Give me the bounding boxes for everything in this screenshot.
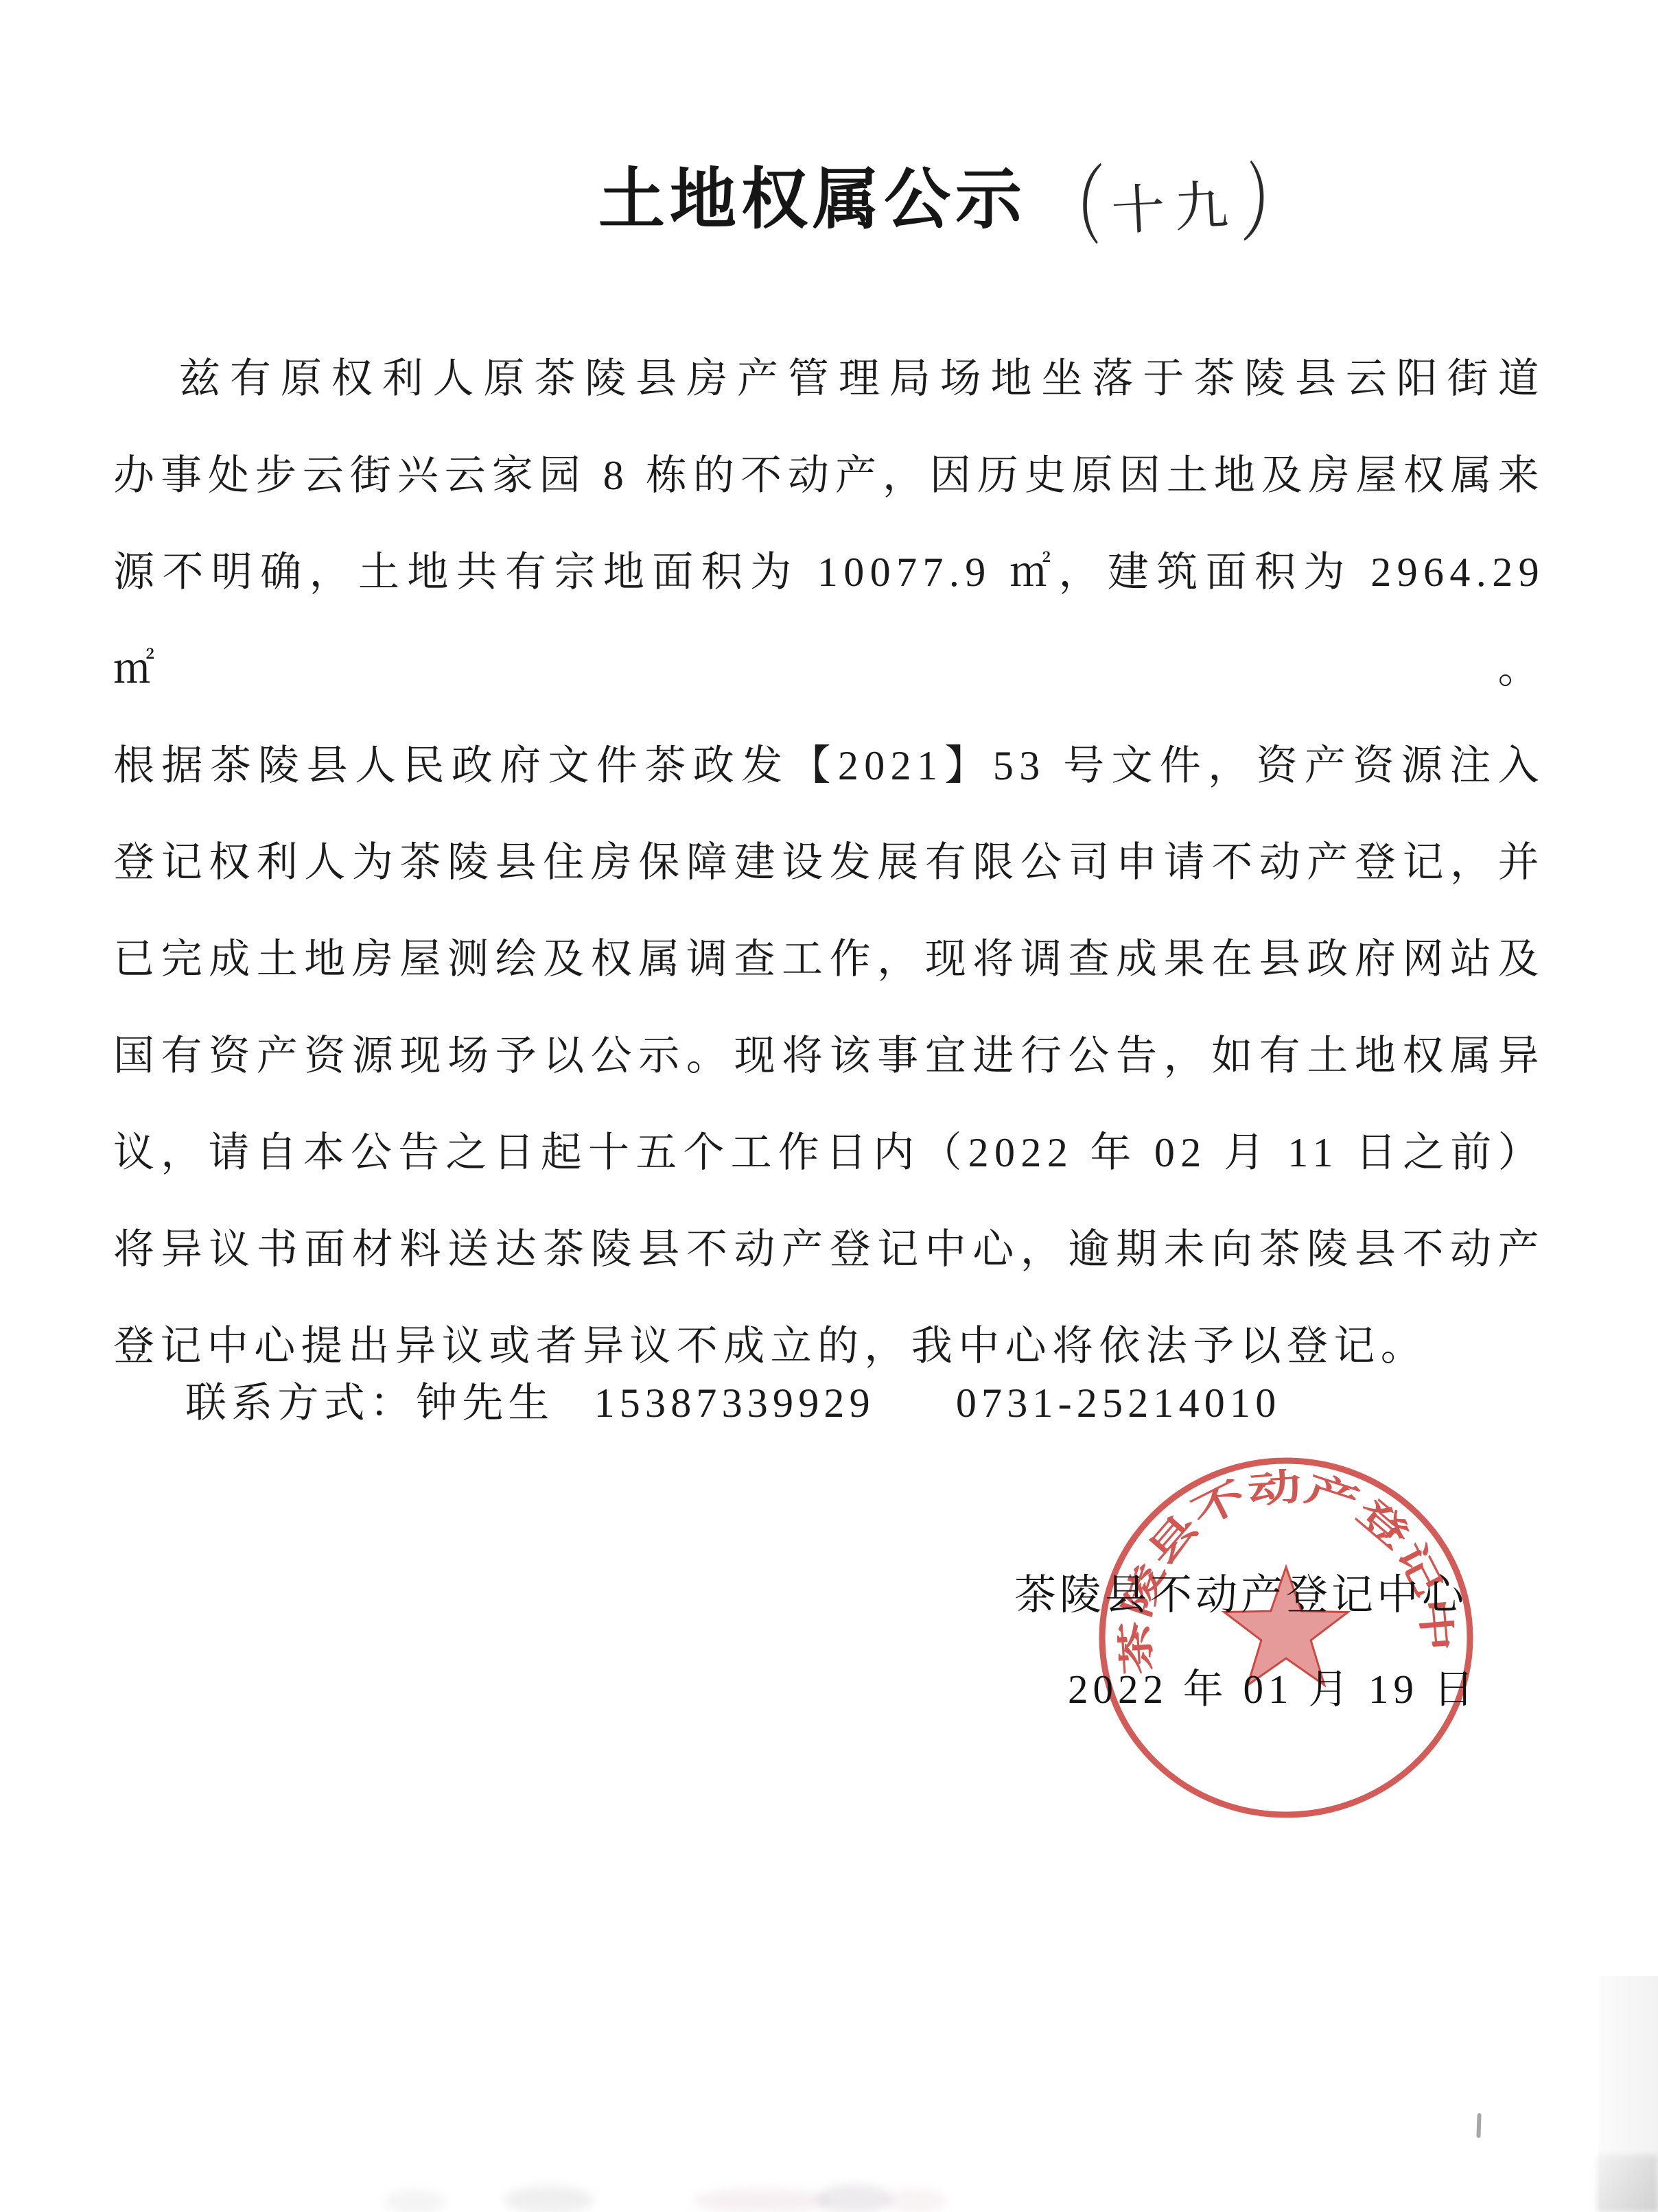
body-line: 登记权利人为茶陵县住房保障建设发展有限公司申请不动产登记，并 xyxy=(113,814,1545,911)
body-line: 兹有原权利人原茶陵县房产管理局场地坐落于茶陵县云阳街道 xyxy=(113,331,1545,427)
handwritten-close-paren: ） xyxy=(1239,134,1306,269)
scan-artifact-smudge xyxy=(504,2186,594,2212)
scan-artifact-smudge xyxy=(693,2189,830,2212)
title-text: 土地权属公示 xyxy=(598,163,1027,237)
scan-artifact-smudge xyxy=(384,2190,446,2212)
handwritten-open-paren: （ xyxy=(1043,132,1106,263)
signature-date: 2022 年 01 月 19 日 xyxy=(1068,1656,1479,1715)
notice-body: 兹有原权利人原茶陵县房产管理局场地坐落于茶陵县云阳街道 办事处步云街兴云家园 8… xyxy=(113,331,1545,1395)
page-title: 土地权属公示（十九） xyxy=(0,145,1658,242)
contact-phone-landline: 0731-25214010 xyxy=(956,1380,1281,1426)
body-line: 国有资产资源现场予以公示。现将该事宜进行公告，如有土地权属异 xyxy=(113,1008,1545,1105)
title-handwritten-number: （十九） xyxy=(1046,145,1301,228)
body-line: 办事处步云街兴云家园 8 栋的不动产，因历史原因土地及房屋权属来 xyxy=(113,427,1545,524)
scan-artifact-dash xyxy=(1476,2113,1481,2138)
body-line: 源不明确，土地共有宗地面积为 10077.9 ㎡，建筑面积为 2964.29 ㎡… xyxy=(113,524,1545,718)
scanned-notice-page: 土地权属公示（十九） 兹有原权利人原茶陵县房产管理局场地坐落于茶陵县云阳街道 办… xyxy=(0,0,1658,2212)
body-line: 已完成土地房屋测绘及权属调查工作，现将调查成果在县政府网站及 xyxy=(113,911,1545,1008)
body-line: 议，请自本公告之日起十五个工作日内（2022 年 02 月 11 日之前） xyxy=(113,1105,1545,1201)
signature-org: 茶陵县不动产登记中心 xyxy=(1014,1562,1467,1621)
contact-person: 钟先生 xyxy=(416,1380,554,1426)
handwritten-number: 十九 xyxy=(1109,162,1239,245)
body-line: 将异议书面材料送达茶陵县不动产登记中心，逾期未向茶陵县不动产 xyxy=(113,1201,1545,1298)
scan-artifact-corner-shadow xyxy=(1596,2154,1658,2212)
body-line: 根据茶陵县人民政府文件茶政发【2021】53 号文件，资产资源注入 xyxy=(113,718,1545,814)
official-seal: 茶陵县不动产登记中心 xyxy=(1086,1445,1486,1831)
scan-artifact-smudge xyxy=(817,2185,892,2212)
scan-artifact-edge-shade xyxy=(1599,1976,1658,2212)
contact-line: 联系方式：钟先生153873399290731-25214010 xyxy=(185,1355,1281,1452)
contact-label: 联系方式： xyxy=(185,1380,416,1426)
scan-artifact-smudge xyxy=(885,2189,947,2212)
contact-phone-mobile: 15387339929 xyxy=(594,1380,875,1426)
